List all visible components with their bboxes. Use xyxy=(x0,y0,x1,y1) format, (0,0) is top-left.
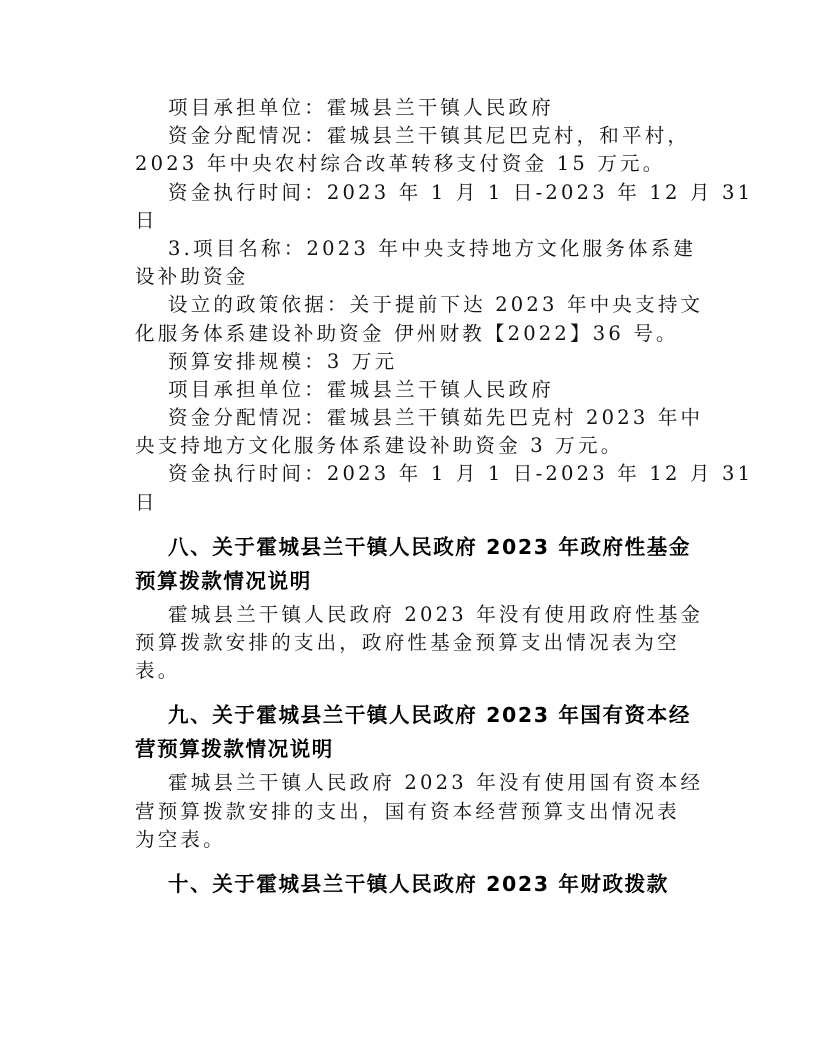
fund-allocation-line-2: 央支持地方文化服务体系建设补助资金 3 万元。 xyxy=(135,432,687,460)
section-heading-line-2: 营预算拨款情况说明 xyxy=(135,733,687,765)
section-8-body: 霍城县兰干镇人民政府 2023 年没有使用政府性基金 预算拨款安排的支出，政府性… xyxy=(135,601,687,686)
fund-execution-time-line-2: 日 xyxy=(135,489,687,517)
project-2-details: 项目承担单位：霍城县兰干镇人民政府 资金分配情况：霍城县兰干镇其尼巴克村，和平村… xyxy=(135,94,687,235)
fund-allocation-line-1: 资金分配情况：霍城县兰干镇其尼巴克村，和平村， xyxy=(135,122,687,150)
section-heading-line-1: 十、关于霍城县兰干镇人民政府 2023 年财政拨款 xyxy=(135,868,687,900)
section-heading-line-1: 八、关于霍城县兰干镇人民政府 2023 年政府性基金 xyxy=(135,531,687,563)
fund-execution-time-line-1: 资金执行时间：2023 年 1 月 1 日-2023 年 12 月 31 xyxy=(135,179,687,207)
fund-allocation-line-1: 资金分配情况：霍城县兰干镇茹先巴克村 2023 年中 xyxy=(135,404,687,432)
fund-execution-time-line-1: 资金执行时间：2023 年 1 月 1 日-2023 年 12 月 31 xyxy=(135,460,687,488)
document-page: 项目承担单位：霍城县兰干镇人民政府 资金分配情况：霍城县兰干镇其尼巴克村，和平村… xyxy=(135,94,687,904)
body-line-3: 为空表。 xyxy=(135,826,687,854)
project-3-details: 3.项目名称：2023 年中央支持地方文化服务体系建 设补助资金 设立的政策依据… xyxy=(135,235,687,517)
project-3-name-line-2: 设补助资金 xyxy=(135,263,687,291)
body-line-3: 表。 xyxy=(135,657,687,685)
section-10-heading: 十、关于霍城县兰干镇人民政府 2023 年财政拨款 xyxy=(135,868,687,900)
project-3-name-line-1: 3.项目名称：2023 年中央支持地方文化服务体系建 xyxy=(135,235,687,263)
section-9-heading: 九、关于霍城县兰干镇人民政府 2023 年国有资本经 营预算拨款情况说明 xyxy=(135,699,687,765)
project-undertaking-unit: 项目承担单位：霍城县兰干镇人民政府 xyxy=(135,94,687,122)
body-line-1: 霍城县兰干镇人民政府 2023 年没有使用国有资本经 xyxy=(135,769,687,797)
policy-basis-line-2: 化服务体系建设补助资金 伊州财教【2022】36 号。 xyxy=(135,320,687,348)
section-heading-line-1: 九、关于霍城县兰干镇人民政府 2023 年国有资本经 xyxy=(135,699,687,731)
budget-scale: 预算安排规模：3 万元 xyxy=(135,348,687,376)
body-line-2: 营预算拨款安排的支出，国有资本经营预算支出情况表 xyxy=(135,798,687,826)
body-line-1: 霍城县兰干镇人民政府 2023 年没有使用政府性基金 xyxy=(135,601,687,629)
fund-execution-time-line-2: 日 xyxy=(135,207,687,235)
project-undertaking-unit: 项目承担单位：霍城县兰干镇人民政府 xyxy=(135,376,687,404)
fund-allocation-line-2: 2023 年中央农村综合改革转移支付资金 15 万元。 xyxy=(135,150,687,178)
policy-basis-line-1: 设立的政策依据：关于提前下达 2023 年中央支持文 xyxy=(135,291,687,319)
section-9-body: 霍城县兰干镇人民政府 2023 年没有使用国有资本经 营预算拨款安排的支出，国有… xyxy=(135,769,687,854)
section-heading-line-2: 预算拨款情况说明 xyxy=(135,565,687,597)
body-line-2: 预算拨款安排的支出，政府性基金预算支出情况表为空 xyxy=(135,629,687,657)
section-8-heading: 八、关于霍城县兰干镇人民政府 2023 年政府性基金 预算拨款情况说明 xyxy=(135,531,687,597)
